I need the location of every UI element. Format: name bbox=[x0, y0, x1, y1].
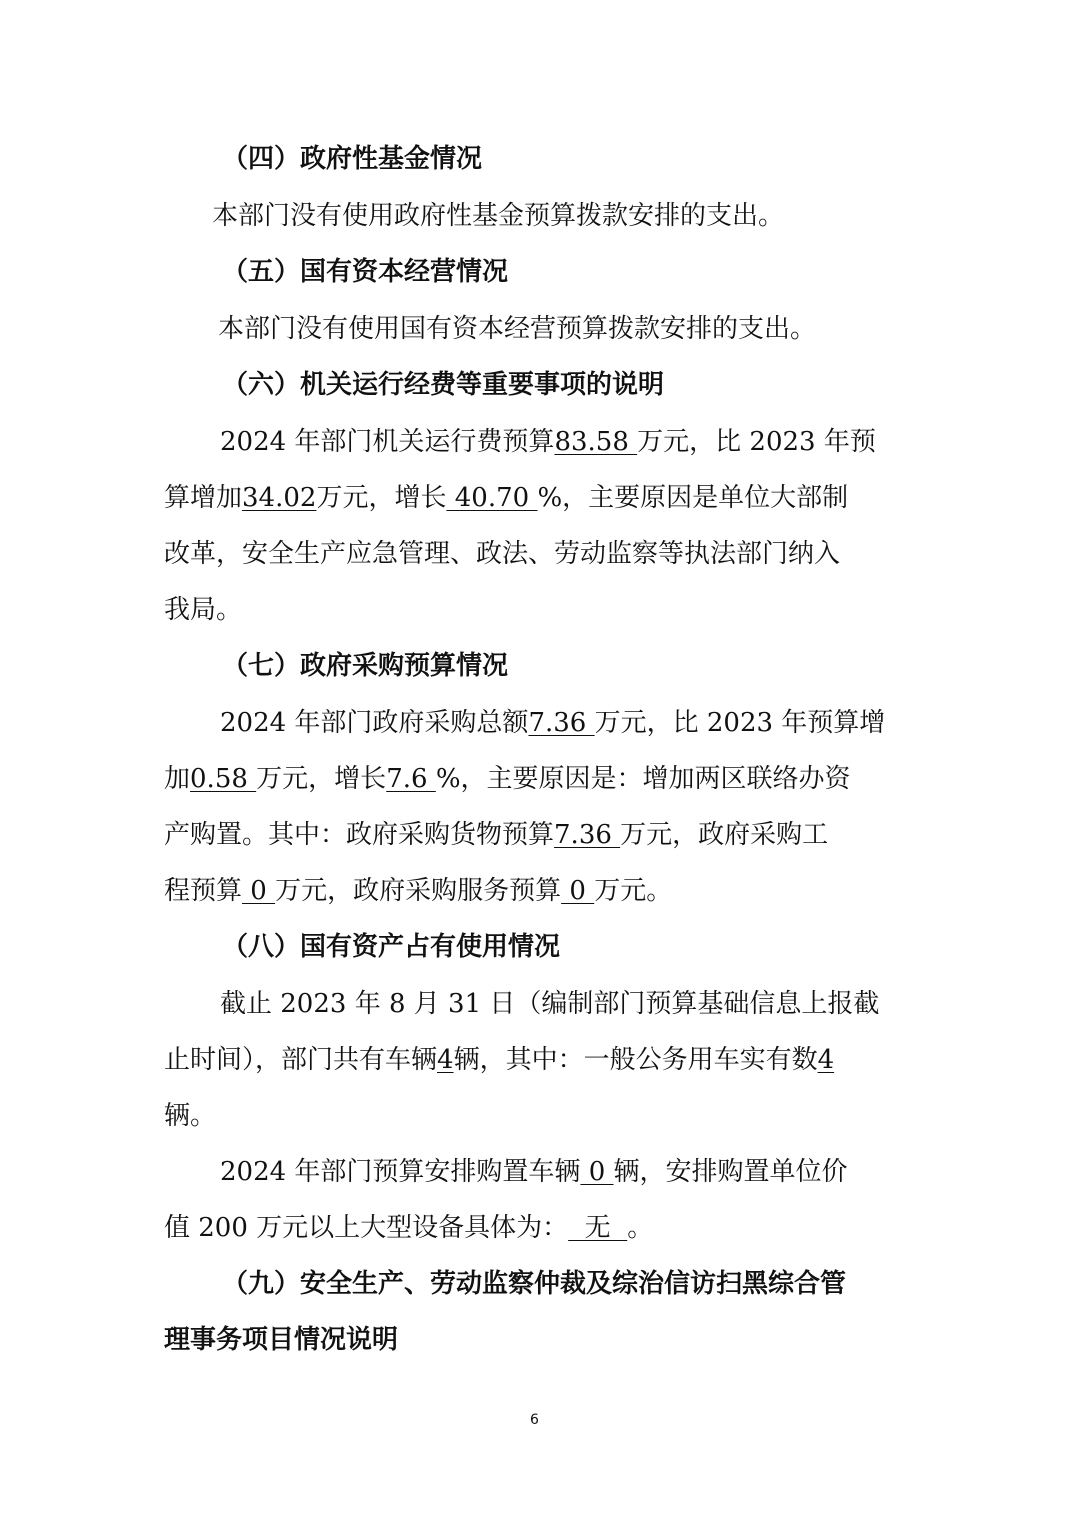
procurement-increase: 0.58 bbox=[190, 764, 256, 794]
paragraph-line: 改革，安全生产应急管理、政法、劳动监察等执法部门纳入 bbox=[164, 537, 840, 571]
section-heading-8: （八）国有资产占有使用情况 bbox=[222, 930, 560, 964]
text: 止时间），部门共有车辆 bbox=[164, 1045, 437, 1075]
page-number: 6 bbox=[530, 1412, 539, 1428]
text: 程预算 bbox=[164, 876, 242, 906]
text: 产购置。其中：政府采购货物预算 bbox=[164, 820, 554, 850]
official-vehicle-count: 4 bbox=[818, 1045, 835, 1075]
operating-cost-growth-pct: 40.70 bbox=[446, 483, 537, 513]
section-heading-9-cont: 理事务项目情况说明 bbox=[164, 1323, 398, 1357]
vehicle-purchase-count: 0 bbox=[580, 1157, 613, 1187]
text: 2024 年部门政府采购总额 bbox=[220, 708, 528, 738]
paragraph-line: 2024 年部门政府采购总额7.36 万元，比 2023 年预算增 bbox=[220, 706, 885, 740]
text: 万元，政府采购服务预算 bbox=[275, 876, 561, 906]
text: 万元。 bbox=[594, 876, 672, 906]
paragraph-line: 2024 年部门预算安排购置车辆 0 辆，安排购置单位价 bbox=[220, 1155, 848, 1189]
paragraph-line: 算增加34.02万元，增长 40.70 %，主要原因是单位大部制 bbox=[164, 481, 848, 515]
text: %，主要原因是：增加两区联络办资 bbox=[436, 764, 851, 794]
paragraph-line: 加0.58 万元，增长7.6 %，主要原因是：增加两区联络办资 bbox=[164, 762, 851, 796]
vehicle-count: 4 bbox=[437, 1045, 454, 1075]
text: 值 200 万元以上大型设备具体为： bbox=[164, 1213, 568, 1243]
paragraph-line: 产购置。其中：政府采购货物预算7.36 万元，政府采购工 bbox=[164, 818, 828, 852]
text: 算增加 bbox=[164, 483, 242, 513]
text: 万元，比 2023 年预 bbox=[637, 427, 876, 457]
paragraph-line: 值 200 万元以上大型设备具体为： 无 。 bbox=[164, 1211, 653, 1245]
section-body-5: 本部门没有使用国有资本经营预算拨款安排的支出。 bbox=[218, 312, 816, 346]
paragraph-line: 程预算 0 万元，政府采购服务预算 0 万元。 bbox=[164, 874, 672, 908]
text: 万元，政府采购工 bbox=[620, 820, 828, 850]
text: 万元，增长 bbox=[256, 764, 386, 794]
paragraph-line: 我局。 bbox=[164, 593, 242, 627]
text: 2024 年部门预算安排购置车辆 bbox=[220, 1157, 580, 1187]
procurement-works: 0 bbox=[242, 876, 275, 906]
section-heading-7: （七）政府采购预算情况 bbox=[222, 649, 508, 683]
operating-cost-increase: 34.02 bbox=[242, 483, 316, 513]
procurement-growth-pct: 7.6 bbox=[386, 764, 436, 794]
paragraph-line: 2024 年部门机关运行费预算83.58 万元，比 2023 年预 bbox=[220, 425, 876, 459]
text: 万元，比 2023 年预算增 bbox=[595, 708, 886, 738]
section-body-4: 本部门没有使用政府性基金预算拨款安排的支出。 bbox=[212, 199, 784, 233]
paragraph-line: 辆。 bbox=[164, 1099, 216, 1133]
text: %，主要原因是单位大部制 bbox=[537, 483, 848, 513]
procurement-total: 7.36 bbox=[528, 708, 594, 738]
text: 2024 年部门机关运行费预算 bbox=[220, 427, 554, 457]
operating-cost-total: 83.58 bbox=[554, 427, 637, 457]
section-heading-4: （四）政府性基金情况 bbox=[222, 142, 482, 176]
paragraph-line: 截止 2023 年 8 月 31 日（编制部门预算基础信息上报截 bbox=[220, 987, 879, 1021]
section-heading-9: （九）安全生产、劳动监察仲裁及综治信访扫黑综合管 bbox=[222, 1267, 846, 1301]
text: 辆，其中：一般公务用车实有数 bbox=[454, 1045, 818, 1075]
text: 加 bbox=[164, 764, 190, 794]
text: 。 bbox=[627, 1213, 653, 1243]
paragraph-line: 止时间），部门共有车辆4辆，其中：一般公务用车实有数4 bbox=[164, 1043, 834, 1077]
text: 辆，安排购置单位价 bbox=[614, 1157, 848, 1187]
section-heading-6: （六）机关运行经费等重要事项的说明 bbox=[222, 368, 664, 402]
large-equipment: 无 bbox=[568, 1213, 627, 1243]
section-heading-5: （五）国有资本经营情况 bbox=[222, 255, 508, 289]
text: 万元，增长 bbox=[316, 483, 446, 513]
procurement-services: 0 bbox=[561, 876, 594, 906]
procurement-goods: 7.36 bbox=[554, 820, 620, 850]
